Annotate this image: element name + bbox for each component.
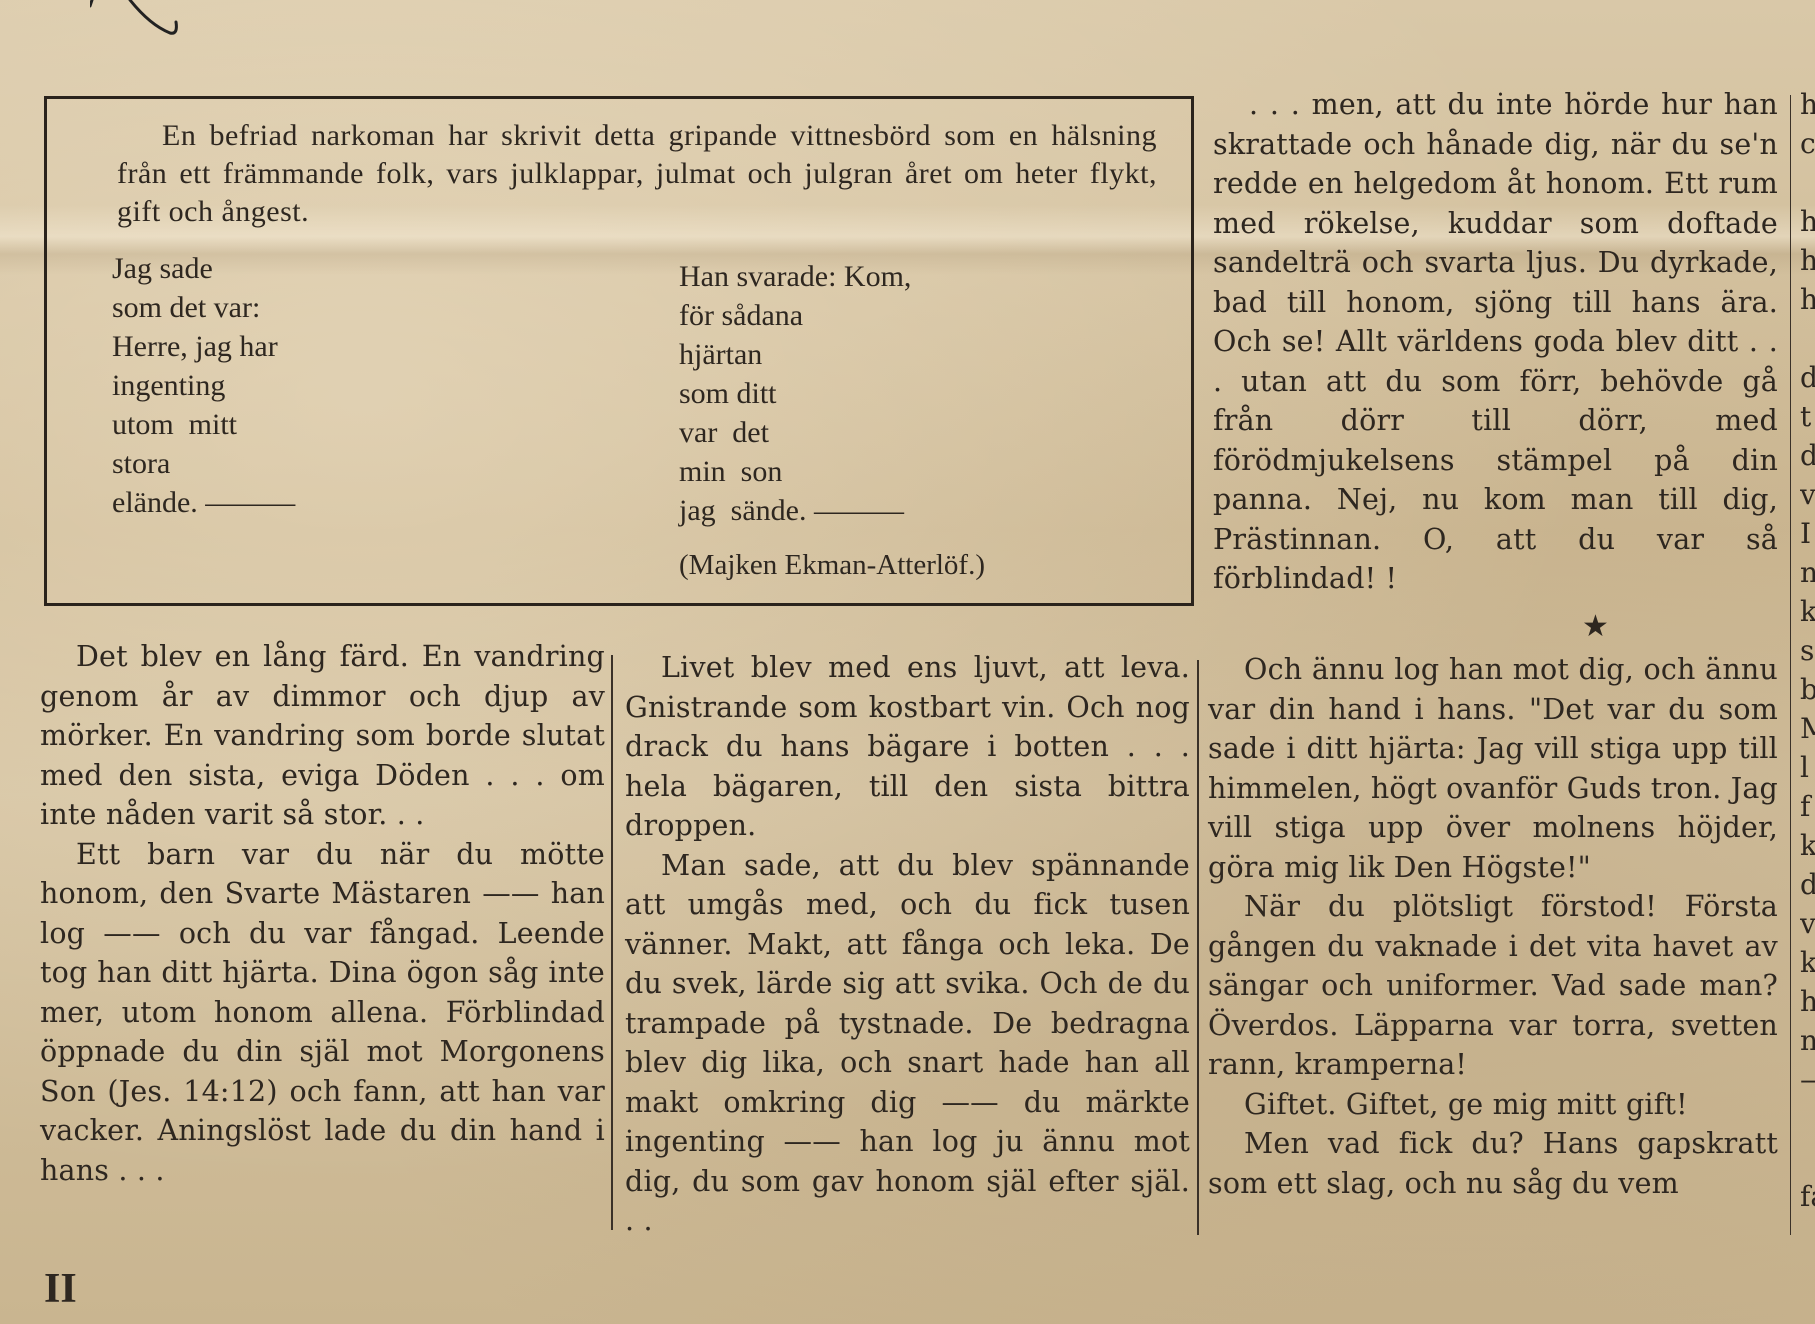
edge-fragment: l — [1800, 748, 1815, 787]
edge-fragment — [1800, 163, 1815, 202]
edge-fragment: h — [1800, 280, 1815, 319]
article-paragraph: Men vad fick du? Hans gapskratt som ett … — [1208, 1124, 1778, 1203]
edge-fragment: I — [1800, 514, 1815, 553]
edge-fragment: f — [1800, 787, 1815, 826]
edge-fragment: v — [1800, 475, 1815, 514]
poem-line: elände. ——— — [112, 483, 295, 522]
poem-line: Han svarade: Kom, — [679, 257, 911, 296]
article-paragraph: När du plötsligt förstod! Första gången … — [1208, 887, 1778, 1085]
intro-text: En befriad narkoman har skrivit detta gr… — [117, 117, 1157, 231]
poem-line: min son — [679, 452, 911, 491]
poem-line: Herre, jag har — [112, 327, 295, 366]
edge-fragment: h — [1800, 241, 1815, 280]
poem-line: för sådana — [679, 296, 911, 335]
poem-line: Jag sade — [112, 249, 295, 288]
edge-fragment: b — [1800, 670, 1815, 709]
article-paragraph: Man sade, att du blev spännande att umgå… — [625, 846, 1190, 1241]
article-column-3-top: . . . men, att du inte hörde hur han skr… — [1213, 85, 1778, 652]
poem-line: utom mitt — [112, 405, 295, 444]
article-paragraph: Livet blev med ens ljuvt, att leva. Gnis… — [625, 648, 1190, 846]
poem-line: jag sände. ——— — [679, 491, 911, 530]
edge-fragment: s — [1800, 631, 1815, 670]
edge-fragment: d — [1800, 865, 1815, 904]
edge-fragment: h — [1800, 982, 1815, 1021]
pen-mark-icon — [90, 0, 190, 40]
edge-fragment: — — [1800, 1060, 1815, 1099]
star-separator-icon: ★ — [1213, 607, 1778, 647]
newspaper-page: En befriad narkoman har skrivit detta gr… — [0, 0, 1815, 1324]
edge-fragment: n — [1800, 1021, 1815, 1060]
article-paragraph: Och ännu log han mot dig, och ännu var d… — [1208, 650, 1778, 887]
column-rule-1 — [611, 655, 613, 1230]
edge-fragment: d — [1800, 436, 1815, 475]
edge-fragment — [1800, 319, 1815, 358]
edge-fragment — [1800, 1099, 1815, 1138]
poem-line: som ditt — [679, 374, 911, 413]
edge-fragment: h — [1800, 202, 1815, 241]
edge-fragment: k — [1800, 943, 1815, 982]
poem-line: hjärtan — [679, 335, 911, 374]
edge-fragment: t — [1800, 397, 1815, 436]
poem-line: ingenting — [112, 366, 295, 405]
edge-fragment: h — [1800, 85, 1815, 124]
article-paragraph: Det blev en lång färd. En vandring genom… — [40, 637, 605, 835]
edge-fragment — [1800, 1138, 1815, 1177]
article-column-1: Det blev en lång färd. En vandring genom… — [40, 637, 605, 1190]
column-rule-2 — [1197, 660, 1199, 1235]
edge-fragment: v — [1800, 904, 1815, 943]
poem-left-column: Jag sadesom det var:Herre, jag haringent… — [112, 249, 295, 522]
edge-fragment: d — [1800, 358, 1815, 397]
edge-fragment: n — [1800, 553, 1815, 592]
article-column-2: Livet blev med ens ljuvt, att leva. Gnis… — [625, 648, 1190, 1241]
poem-line: stora — [112, 444, 295, 483]
edge-fragment: c — [1800, 124, 1815, 163]
poem-attribution: (Majken Ekman-Atterlöf.) — [679, 549, 985, 582]
edge-fragment: k — [1800, 592, 1815, 631]
poem-line: var det — [679, 413, 911, 452]
edge-fragment: M — [1800, 709, 1815, 748]
poem-right-column: Han svarade: Kom,för sådanahjärtansom di… — [679, 257, 911, 530]
column-rule-3 — [1790, 95, 1791, 1235]
article-column-3-bottom: Och ännu log han mot dig, och ännu var d… — [1208, 650, 1778, 1203]
article-paragraph: Ett barn var du när du mötte honom, den … — [40, 835, 605, 1191]
edge-fragment: k — [1800, 826, 1815, 865]
intro-poem-box: En befriad narkoman har skrivit detta gr… — [44, 96, 1194, 606]
poem-line: som det var: — [112, 288, 295, 327]
edge-fragment: fa — [1800, 1177, 1815, 1216]
intro-paragraph: En befriad narkoman har skrivit detta gr… — [117, 117, 1157, 231]
page-number: II — [44, 1265, 77, 1313]
adjacent-column-fragments: hc hhh dtdvInksbMlfkdvkhn— fa — [1800, 85, 1815, 1216]
article-paragraph: Giftet. Giftet, ge mig mitt gift! — [1208, 1085, 1778, 1125]
column-3-top-paragraph: . . . men, att du inte hörde hur han skr… — [1213, 85, 1778, 599]
